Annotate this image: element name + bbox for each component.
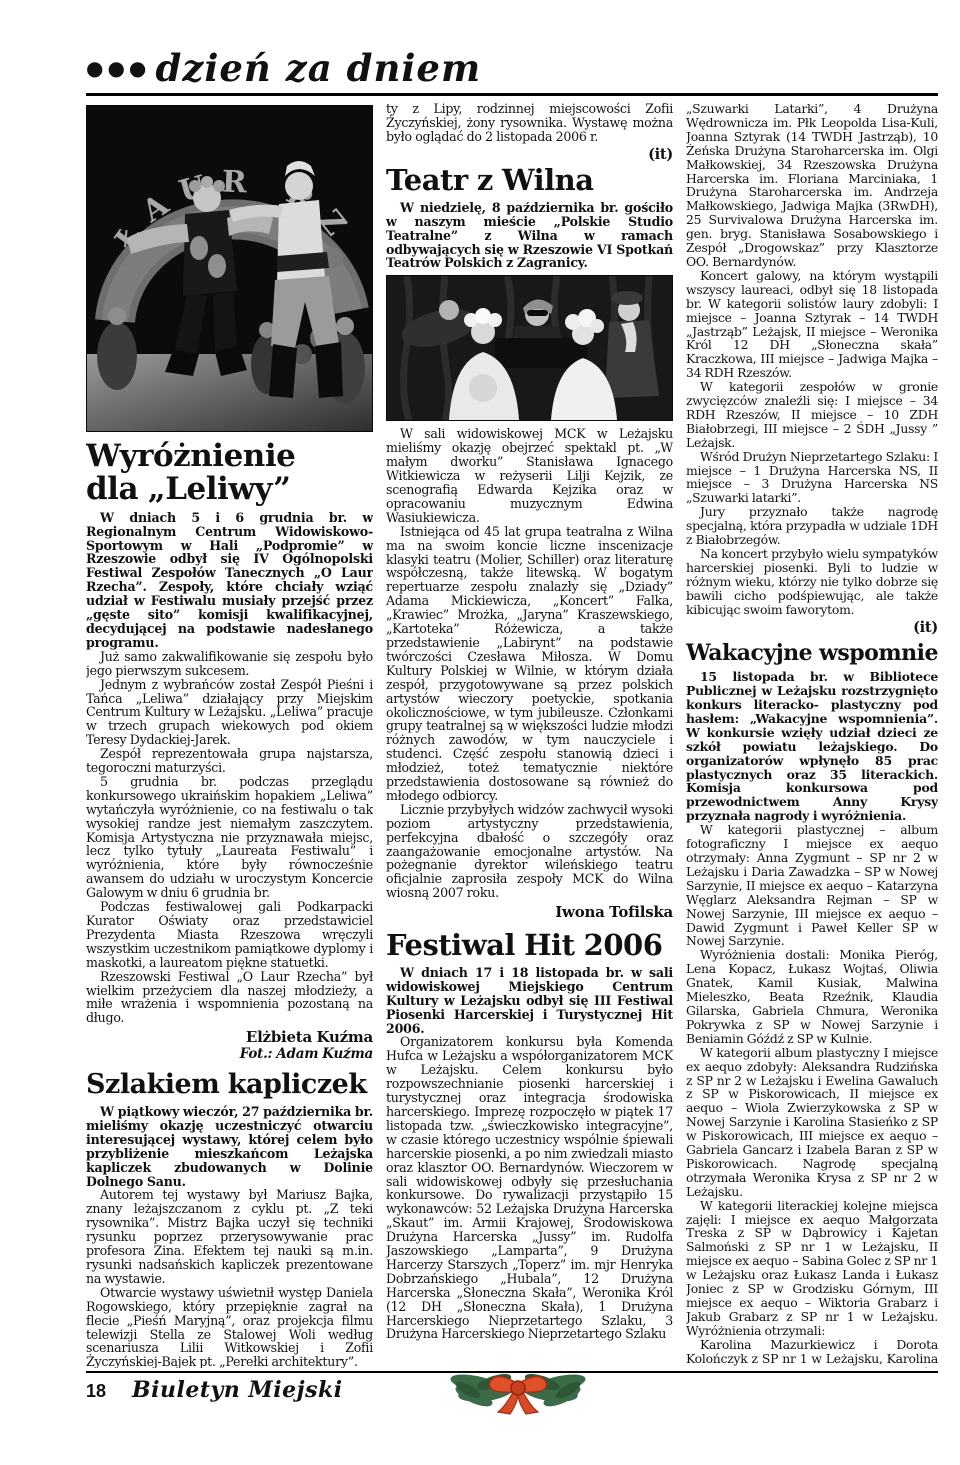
kapliczki-signature: (it) [386, 146, 673, 163]
hit-paragraph: Wśród Drużyn Nieprzetartego Szlaku: I mi… [686, 450, 938, 506]
christmas-garland-icon [448, 1362, 588, 1420]
columns: ŁAUR RZ [86, 102, 938, 1368]
hit-paragraph-continuation: „Szuwarki Latarki”, 4 Drużyna Wędrownicz… [686, 102, 938, 269]
leliwa-lede: W dniach 5 i 6 grudnia br. w Regionalnym… [86, 511, 373, 650]
page-number: 18 [86, 1381, 106, 1402]
headline-hit: Festiwal Hit 2006 [386, 930, 673, 961]
teatr-author: Iwona Tofilska [386, 903, 673, 921]
leliwa-paragraph: Jednym z wybrańców został Zespół Pieśni … [86, 678, 373, 748]
leliwa-paragraph: Rzeszowski Festiwal „O Laur Rzecha” był … [86, 970, 373, 1026]
teatr-lede: W niedzielę, 8 października br. gościło … [386, 201, 673, 271]
headline-kapliczki: Szlakiem kapliczek [86, 1071, 373, 1100]
headline-teatr: Teatr z Wilna [386, 165, 673, 196]
leliwa-paragraph: 5 grudnia br. podczas przeglądu konkurso… [86, 775, 373, 900]
kapliczki-paragraph: Autorem tej wystawy był Mariusz Bajka, z… [86, 1188, 373, 1285]
headline-wakacyjne: Wakacyjne wspomnienia [686, 642, 938, 665]
wakacyjne-paragraph: W kategorii plastycznej – album fotograf… [686, 823, 938, 948]
newspaper-page: ●●● dzień za dniem [0, 0, 960, 1465]
kapliczki-lede: W piątkowy wieczór, 27 października br. … [86, 1105, 373, 1188]
hit-paragraph: Na koncert przybyło wielu sympatyków har… [686, 547, 938, 617]
kapliczki-paragraph: Otwarcie wystawy uświetnił występ Daniel… [86, 1286, 373, 1368]
headline-leliwa: Wyróżnienie dla „Leliwy” [86, 440, 338, 506]
column-left: ŁAUR RZ [86, 102, 373, 1368]
publication-name: Biuletyn Miejski [132, 1377, 343, 1403]
hit-paragraph: Organizatorem konkursu była Komenda Hufc… [386, 1035, 673, 1341]
hit-paragraph: W kategorii zespołów w gronie zwycięzców… [686, 380, 938, 450]
header-rule [86, 93, 938, 96]
column-right: „Szuwarki Latarki”, 4 Drużyna Wędrownicz… [686, 102, 938, 1368]
wakacyjne-paragraph: Wyróżnienia dostali: Monika Pieróg, Lena… [686, 948, 938, 1045]
bullets-icon: ●●● [86, 56, 150, 80]
leliwa-paragraph: Podczas festiwalowej gali Podkarpacki Ku… [86, 900, 373, 970]
hit-paragraph: Jury przyznało także nagrodę specjalną, … [686, 505, 938, 547]
column-middle: ty z Lipy, rodzinnej miejscowości Zofii … [386, 102, 673, 1368]
wakacyjne-paragraph: Karolina Mazurkiewicz i Dorota Kolończyk… [686, 1338, 938, 1368]
teatr-paragraph: Licznie przybyłych widzów zachwycił wyso… [386, 803, 673, 900]
leliwa-paragraph: Już samo zakwalifikowanie się zespołu by… [86, 650, 373, 678]
wakacyjne-paragraph: W kategorii literackiej kolejne miejsca … [686, 1199, 938, 1338]
section-title: dzień za dniem [155, 46, 481, 90]
hit-signature: (it) [686, 619, 938, 636]
teatr-paragraph: W sali widowiskowej MCK w Leżajsku mieli… [386, 427, 673, 524]
leliwa-paragraph: Zespół reprezentowała grupa najstarsza, … [86, 747, 373, 775]
page-header: ●●● dzień za dniem [86, 0, 938, 96]
wakacyjne-lede: 15 listopada br. w Bibliotece Publicznej… [686, 670, 938, 823]
teatr-paragraph: Istniejąca od 45 lat grupa teatralna z W… [386, 525, 673, 803]
leliwa-photo-credit: Fot.: Adam Kuźma [86, 1046, 373, 1062]
folk-dancers-photo: ŁAUR RZ [86, 105, 373, 432]
leliwa-author: Elżbieta Kuźma [86, 1028, 373, 1046]
hit-paragraph: Koncert galowy, na którym wystąpili wszy… [686, 269, 938, 380]
wakacyjne-paragraph: W kategorii album plastyczny I miejsce e… [686, 1046, 938, 1199]
hit-lede: W dniach 17 i 18 listopada br. w sali wi… [386, 966, 673, 1036]
theatre-scene-photo [386, 275, 673, 421]
kapliczki-continuation: ty z Lipy, rodzinnej miejscowości Zofii … [386, 102, 673, 144]
